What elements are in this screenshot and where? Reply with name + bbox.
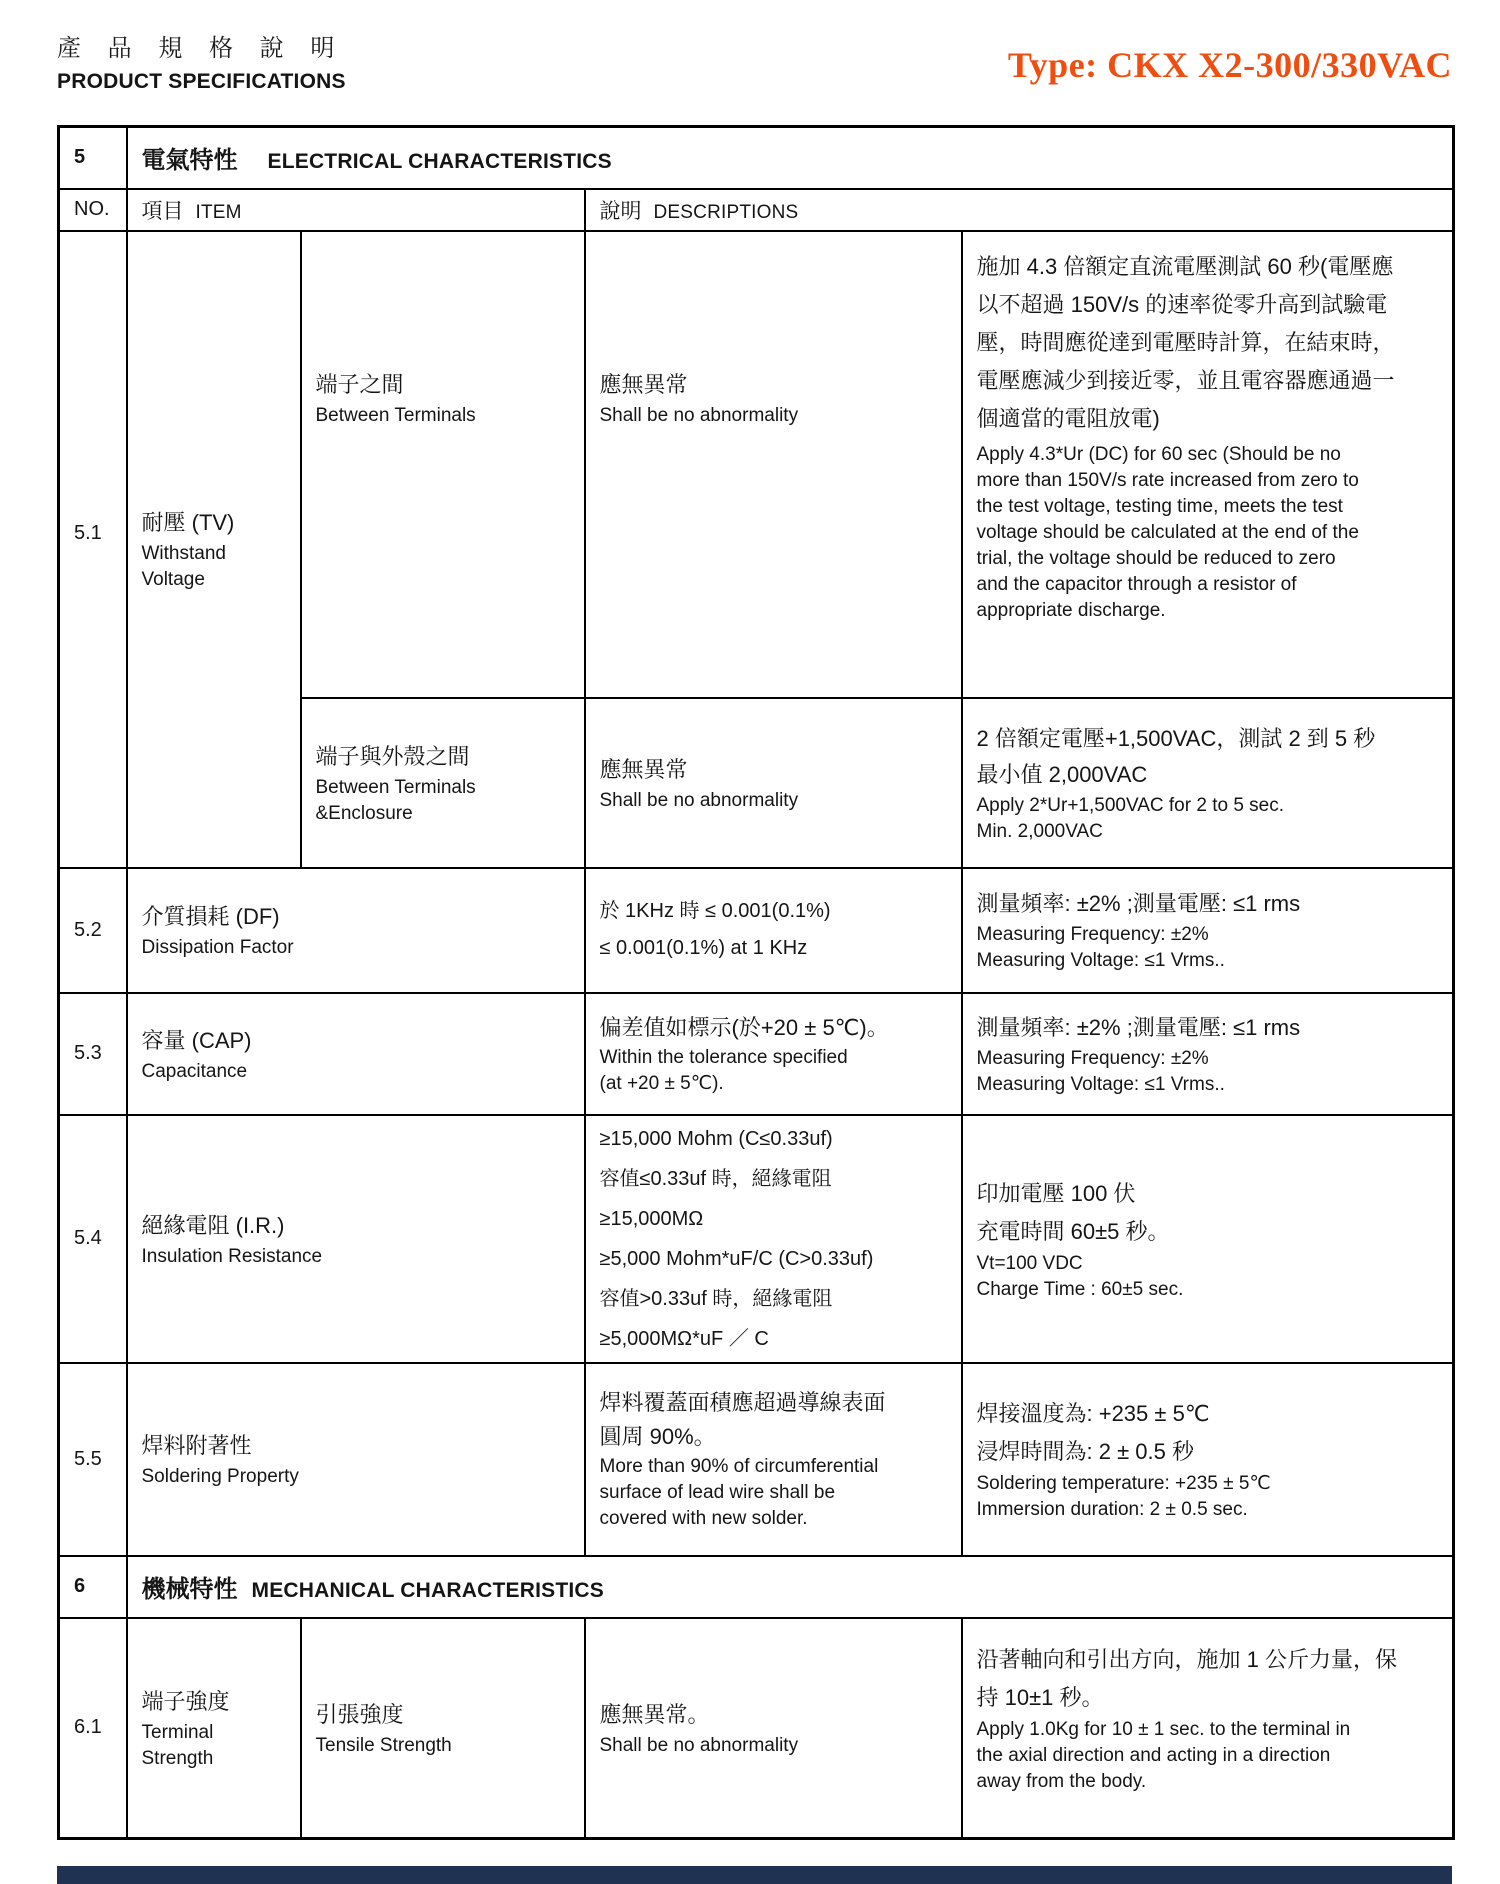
page-header: 產 品 規 格 說 明 PRODUCT SPECIFICATIONS Type:…: [57, 28, 1452, 94]
item-insulation-resistance-en: Insulation Resistance: [142, 1244, 578, 1270]
section-5-title-zh: 電氣特性: [142, 147, 238, 174]
section-6-row: 6 機械特性MECHANICAL CHARACTERISTICS: [59, 1556, 1454, 1618]
row-5-3-capacitance: 5.3 容量 (CAP) Capacitance 偏差值如標示(於+20 ± 5…: [59, 993, 1454, 1115]
row-5-3-no: 5.3: [59, 993, 127, 1115]
spec-5-3: 偏差值如標示(於+20 ± 5℃)。 Within the tolerance …: [585, 993, 962, 1115]
row-5-1-no: 5.1: [59, 231, 127, 868]
desc-5-3-zh: 測量頻率: ±2% ;測量電壓: ≤1 rms: [977, 1010, 1447, 1046]
item-withstand-voltage: 耐壓 (TV) Withstand Voltage: [127, 231, 301, 868]
doc-title-en: PRODUCT SPECIFICATIONS: [57, 70, 346, 94]
spec-5-2-text: 於 1KHz 時 ≤ 0.001(0.1%) ≤ 0.001(0.1%) at …: [600, 893, 955, 967]
item-capacitance-en: Capacitance: [142, 1059, 578, 1085]
desc-6-1: 沿著軸向和引出方向，施加 1 公斤力量，保 持 10±1 秒。 Apply 1.…: [962, 1618, 1454, 1839]
item-terminal-strength-zh: 端子強度: [142, 1684, 294, 1720]
spec-5-5: 焊料覆蓋面積應超過導線表面 圓周 90%。 More than 90% of c…: [585, 1363, 962, 1556]
desc-5-1b-zh: 2 倍額定電壓+1,500VAC，測試 2 到 5 秒 最小值 2,000VAC: [977, 721, 1447, 793]
row-5-2-no: 5.2: [59, 868, 127, 993]
row-5-2-dissipation-factor: 5.2 介質損耗 (DF) Dissipation Factor 於 1KHz …: [59, 868, 1454, 993]
desc-5-3: 測量頻率: ±2% ;測量電壓: ≤1 rms Measuring Freque…: [962, 993, 1454, 1115]
spec-5-2: 於 1KHz 時 ≤ 0.001(0.1%) ≤ 0.001(0.1%) at …: [585, 868, 962, 993]
item-capacitance-zh: 容量 (CAP): [142, 1023, 578, 1059]
type-title: Type: CKX X2-300/330VAC: [1008, 44, 1452, 86]
item-soldering-property-zh: 焊料附著性: [142, 1428, 578, 1464]
spec-page: 產 品 規 格 說 明 PRODUCT SPECIFICATIONS Type:…: [0, 0, 1500, 1884]
desc-6-1-zh: 沿著軸向和引出方向，施加 1 公斤力量，保 持 10±1 秒。: [977, 1641, 1447, 1717]
spec-5-3-en: Within the tolerance specified (at +20 ±…: [600, 1045, 955, 1097]
desc-5-5: 焊接溫度為: +235 ± 5℃ 浸焊時間為: 2 ± 0.5 秒 Solder…: [962, 1363, 1454, 1556]
col-header-desc-zh: 說明: [600, 200, 642, 223]
subitem-tensile-strength-zh: 引張強度: [316, 1697, 578, 1733]
subitem-terminals-enclosure: 端子與外殼之間 Between Terminals &Enclosure: [301, 698, 585, 868]
row-5-4-insulation-resistance: 5.4 絕緣電阻 (I.R.) Insulation Resistance ≥1…: [59, 1115, 1454, 1363]
spec-5-1b: 應無異常 Shall be no abnormality: [585, 698, 962, 868]
section-6-title-en: MECHANICAL CHARACTERISTICS: [252, 1579, 604, 1602]
item-dissipation-factor: 介質損耗 (DF) Dissipation Factor: [127, 868, 585, 993]
subitem-terminals-enclosure-en: Between Terminals &Enclosure: [316, 775, 578, 827]
item-soldering-property: 焊料附著性 Soldering Property: [127, 1363, 585, 1556]
item-capacitance: 容量 (CAP) Capacitance: [127, 993, 585, 1115]
item-dissipation-factor-en: Dissipation Factor: [142, 935, 578, 961]
col-header-item-en: ITEM: [196, 202, 242, 223]
spec-6-1: 應無異常。 Shall be no abnormality: [585, 1618, 962, 1839]
subitem-between-terminals: 端子之間 Between Terminals: [301, 231, 585, 698]
section-5-row: 5 電氣特性ELECTRICAL CHARACTERISTICS: [59, 127, 1454, 189]
desc-5-3-en: Measuring Frequency: ±2% Measuring Volta…: [977, 1046, 1447, 1098]
subitem-tensile-strength: 引張強度 Tensile Strength: [301, 1618, 585, 1839]
desc-6-1-en: Apply 1.0Kg for 10 ± 1 sec. to the termi…: [977, 1717, 1447, 1795]
section-5-title: 電氣特性ELECTRICAL CHARACTERISTICS: [127, 127, 1454, 189]
spec-5-1a: 應無異常 Shall be no abnormality: [585, 231, 962, 698]
section-6-title-zh: 機械特性: [142, 1576, 238, 1603]
spec-6-1-en: Shall be no abnormality: [600, 1733, 955, 1759]
row-5-4-no: 5.4: [59, 1115, 127, 1363]
item-withstand-voltage-zh: 耐壓 (TV): [142, 505, 294, 541]
item-insulation-resistance-zh: 絕緣電阻 (I.R.): [142, 1208, 578, 1244]
col-header-desc-en: DESCRIPTIONS: [654, 202, 799, 223]
col-header-desc: 說明DESCRIPTIONS: [585, 189, 1454, 231]
desc-5-2-en: Measuring Frequency: ±2% Measuring Volta…: [977, 922, 1447, 974]
desc-5-4-zh: 印加電壓 100 伏 充電時間 60±5 秒。: [977, 1175, 1447, 1251]
desc-5-2-zh: 測量頻率: ±2% ;測量電壓: ≤1 rms: [977, 886, 1447, 922]
section-6-title: 機械特性MECHANICAL CHARACTERISTICS: [127, 1556, 1454, 1618]
spec-5-4-text: ≥15,000 Mohm (C≤0.33uf) 容值≤0.33uf 時，絕緣電阻…: [600, 1119, 955, 1359]
desc-5-1a-zh: 施加 4.3 倍額定直流電壓測試 60 秒(電壓應 以不超過 150V/s 的速…: [977, 248, 1447, 438]
item-terminal-strength-en: Terminal Strength: [142, 1720, 294, 1772]
spec-5-5-zh: 焊料覆蓋面積應超過導線表面 圓周 90%。: [600, 1386, 955, 1454]
desc-5-5-en: Soldering temperature: +235 ± 5℃ Immersi…: [977, 1471, 1447, 1523]
desc-5-2: 測量頻率: ±2% ;測量電壓: ≤1 rms Measuring Freque…: [962, 868, 1454, 993]
column-header-row: NO. 項目ITEM 說明DESCRIPTIONS: [59, 189, 1454, 231]
item-terminal-strength: 端子強度 Terminal Strength: [127, 1618, 301, 1839]
item-dissipation-factor-zh: 介質損耗 (DF): [142, 899, 578, 935]
spec-6-1-zh: 應無異常。: [600, 1697, 955, 1733]
item-insulation-resistance: 絕緣電阻 (I.R.) Insulation Resistance: [127, 1115, 585, 1363]
item-withstand-voltage-en: Withstand Voltage: [142, 541, 294, 593]
spec-5-1b-en: Shall be no abnormality: [600, 788, 955, 814]
spec-5-4: ≥15,000 Mohm (C≤0.33uf) 容值≤0.33uf 時，絕緣電阻…: [585, 1115, 962, 1363]
col-header-item: 項目ITEM: [127, 189, 585, 231]
subitem-tensile-strength-en: Tensile Strength: [316, 1733, 578, 1759]
section-5-title-en: ELECTRICAL CHARACTERISTICS: [268, 150, 612, 173]
row-5-1-between-terminals: 5.1 耐壓 (TV) Withstand Voltage 端子之間 Betwe…: [59, 231, 1454, 698]
desc-5-4: 印加電壓 100 伏 充電時間 60±5 秒。 Vt=100 VDC Charg…: [962, 1115, 1454, 1363]
desc-5-1a-en: Apply 4.3*Ur (DC) for 60 sec (Should be …: [977, 442, 1447, 624]
doc-title-zh: 產 品 規 格 說 明: [57, 28, 346, 63]
row-6-1-no: 6.1: [59, 1618, 127, 1839]
spec-5-1a-zh: 應無異常: [600, 367, 955, 403]
col-header-no: NO.: [59, 189, 127, 231]
spec-table: 5 電氣特性ELECTRICAL CHARACTERISTICS NO. 項目I…: [57, 125, 1455, 1840]
subitem-between-terminals-zh: 端子之間: [316, 367, 578, 403]
desc-5-1a: 施加 4.3 倍額定直流電壓測試 60 秒(電壓應 以不超過 150V/s 的速…: [962, 231, 1454, 698]
bottom-divider-bar: [57, 1866, 1452, 1884]
desc-5-5-zh: 焊接溫度為: +235 ± 5℃ 浸焊時間為: 2 ± 0.5 秒: [977, 1395, 1447, 1471]
spec-5-1a-en: Shall be no abnormality: [600, 403, 955, 429]
desc-5-1b-en: Apply 2*Ur+1,500VAC for 2 to 5 sec. Min.…: [977, 793, 1447, 845]
spec-5-5-en: More than 90% of circumferential surface…: [600, 1454, 955, 1532]
desc-5-4-en: Vt=100 VDC Charge Time : 60±5 sec.: [977, 1251, 1447, 1303]
spec-5-1b-zh: 應無異常: [600, 752, 955, 788]
section-6-no: 6: [59, 1556, 127, 1618]
spec-5-3-zh: 偏差值如標示(於+20 ± 5℃)。: [600, 1011, 955, 1045]
subitem-terminals-enclosure-zh: 端子與外殼之間: [316, 739, 578, 775]
item-soldering-property-en: Soldering Property: [142, 1464, 578, 1490]
section-5-no: 5: [59, 127, 127, 189]
row-6-1-terminal-strength: 6.1 端子強度 Terminal Strength 引張強度 Tensile …: [59, 1618, 1454, 1839]
col-header-item-zh: 項目: [142, 200, 184, 223]
subitem-between-terminals-en: Between Terminals: [316, 403, 578, 429]
doc-title-block: 產 品 規 格 說 明 PRODUCT SPECIFICATIONS: [57, 28, 346, 94]
row-5-5-no: 5.5: [59, 1363, 127, 1556]
desc-5-1b: 2 倍額定電壓+1,500VAC，測試 2 到 5 秒 最小值 2,000VAC…: [962, 698, 1454, 868]
row-5-5-soldering-property: 5.5 焊料附著性 Soldering Property 焊料覆蓋面積應超過導線…: [59, 1363, 1454, 1556]
